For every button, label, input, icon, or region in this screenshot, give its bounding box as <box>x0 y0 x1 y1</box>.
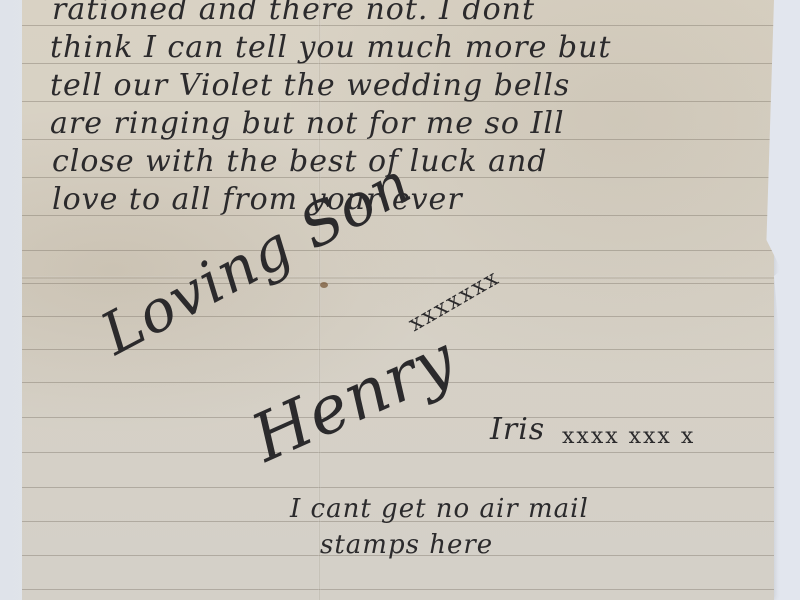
signature-henry: Henry <box>241 320 467 477</box>
letter-line-4: are ringing but not for me so Ill <box>50 106 565 141</box>
ruled-line <box>22 452 774 453</box>
iris-kisses: xxxx xxx x <box>562 424 695 449</box>
horizontal-fold-crease <box>22 276 774 280</box>
postscript-line-1: I cant get no air mail <box>290 494 589 524</box>
letter-line-3: tell our Violet the wedding bells <box>50 68 570 103</box>
ruled-line <box>22 250 774 251</box>
letter-line-5: close with the best of luck and <box>52 144 548 179</box>
letter-line-2: think I can tell you much more but <box>50 30 612 65</box>
letter-line-1: rationed and there not. I dont <box>52 0 535 27</box>
letter-paper: rationed and there not. I dont think I c… <box>22 0 774 600</box>
ruled-line <box>22 487 774 488</box>
ruled-line <box>22 589 774 590</box>
ink-stain <box>320 282 328 288</box>
iris-name: Iris <box>490 412 545 447</box>
postscript-line-2: stamps here <box>320 530 493 560</box>
